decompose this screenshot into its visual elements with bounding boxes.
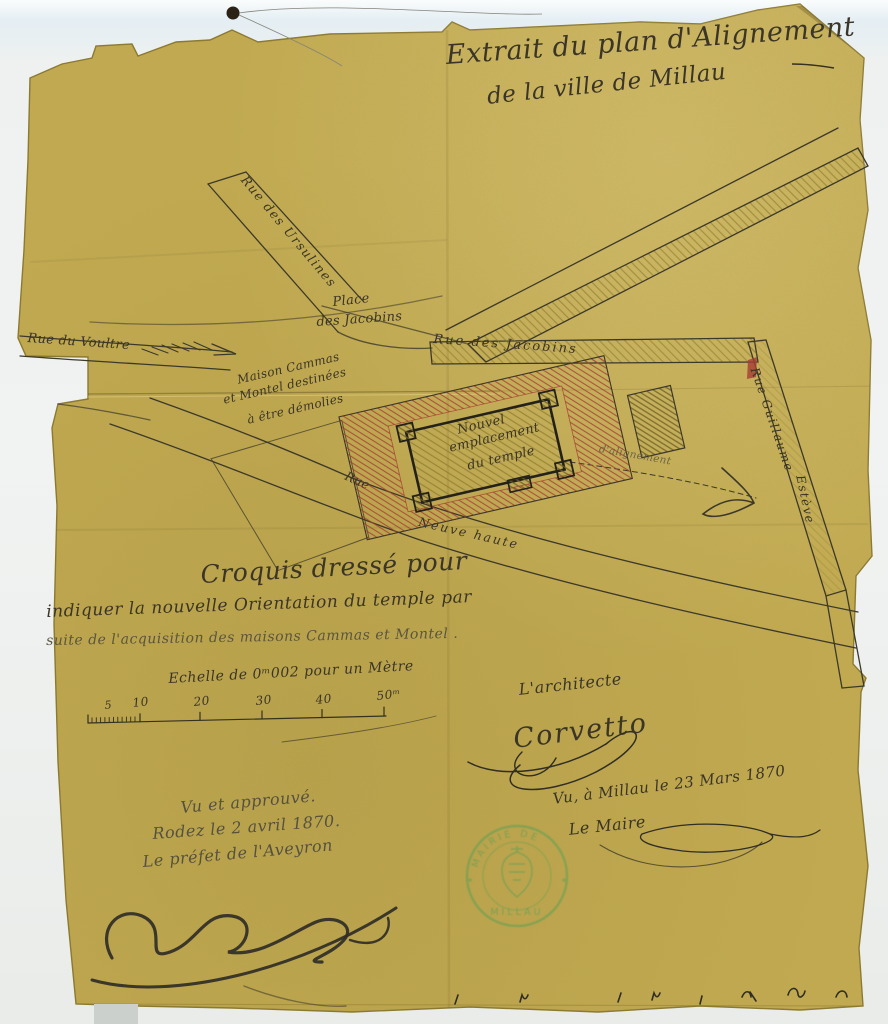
- street-label-voultre: Rue du Voultre: [27, 332, 130, 352]
- document-title-line1: Extrait du plan d'Alignement: [445, 13, 856, 69]
- mayor-line2: Le Maire: [568, 814, 647, 838]
- street-label-ursulines: Rue des Ursulines: [238, 174, 338, 290]
- scale-tick-10: 10: [132, 695, 149, 709]
- mayor-line1: Vu, à Millau le 23 Mars 1870: [552, 763, 786, 806]
- place-jacobins-label-line1: Place: [332, 292, 370, 309]
- architect-signature: Corvetto: [512, 710, 649, 753]
- street-label-neuve-haute: Neuve haute: [417, 516, 520, 551]
- place-jacobins-label-line2: des Jacobins: [316, 310, 403, 329]
- document-title-line2: de la ville de Millau: [486, 61, 727, 109]
- scanned-plan-document: MAIRIE DE MILLAU Extrait du plan d'Align…: [0, 0, 888, 1024]
- scale-tick-30: 30: [255, 693, 272, 707]
- street-label-rue: Rue: [343, 470, 372, 492]
- approval-line3: Le préfet de l'Aveyron: [142, 837, 333, 870]
- caption-line2: indiquer la nouvelle Orientation du temp…: [46, 589, 472, 621]
- caption-line1: Croquis dressé pour: [200, 548, 468, 587]
- street-label-guillaume: Rue Guillaume: [749, 366, 796, 473]
- scale-tick-5: 5: [104, 699, 113, 711]
- caption-line3: suite de l'acquisition des maisons Camma…: [46, 627, 458, 648]
- street-label-jacobins: Rue des Jacobins: [433, 333, 578, 356]
- approval-line1: Vu et approuvé.: [180, 788, 316, 816]
- handwritten-labels: Extrait du plan d'Alignement de la ville…: [0, 0, 888, 1024]
- scale-label: Echelle de 0ᵐ002 pour un Mètre: [168, 659, 414, 686]
- scale-tick-40: 40: [315, 692, 332, 706]
- scale-tick-50: 50ᵐ: [376, 687, 401, 701]
- street-label-esteve: Estève: [794, 474, 816, 525]
- alignment-note: d'alignement: [598, 444, 672, 467]
- scale-tick-20: 20: [193, 694, 210, 708]
- architect-title: L'architecte: [518, 671, 622, 698]
